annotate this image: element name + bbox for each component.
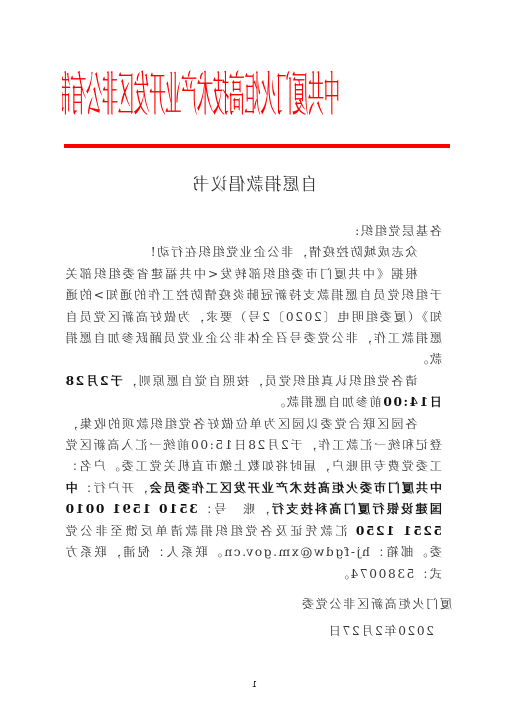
account-name: 中共厦门市委火炬高技术产业开发区工作委员会 xyxy=(148,481,442,495)
header-red-rule xyxy=(64,144,450,148)
remittance-text-1: 各园区联合党委以园区为单位做好各党组织款项的收集，登记和统一汇款工作，于2月28… xyxy=(64,417,442,474)
document-page: 中共厦门火炬高技术产业开发区非公有制企业委员会文件 自愿捐款倡议书 各基层党组织… xyxy=(0,0,509,728)
signature-date: 2020年2月27日 xyxy=(152,618,452,645)
signature-block: 厦门火炬高新区非公党委 2020年2月27日 xyxy=(152,591,452,645)
paragraph-slogan: 众志成城防控疫情，非公企业党组织在行动! xyxy=(64,242,442,263)
paragraph-remittance: 各园区联合党委以园区为单位做好各党组织款项的收集，登记和统一汇款工作，于2月28… xyxy=(64,414,442,585)
salutation: 各基层党组织: xyxy=(64,221,442,242)
deadline-text-before: 请各党组织认真组织党员，按照自觉自愿原则， xyxy=(123,374,418,388)
signature-organization: 厦门火炬高新区非公党委 xyxy=(152,591,452,618)
document-body: 各基层党组织: 众志成城防控疫情，非公企业党组织在行动! 根据《中共厦门市委组织… xyxy=(64,221,442,585)
paragraph-deadline: 请各党组织认真组织党员，按照自觉自愿原则，于2月28日14:00前参加自愿捐款。 xyxy=(64,371,442,414)
paragraph-basis: 根据《中共厦门市委组织部转发<中共福建省委组织部关于组织党员自愿捐款支持新冠肺炎… xyxy=(64,264,442,371)
page-number: 1 xyxy=(0,680,509,689)
document-title: 自愿捐款倡议书 xyxy=(0,170,509,195)
document-header-title: 中共厦门火炬高技术产业开发区非公有制企业委员会文件 xyxy=(62,47,442,146)
remittance-text-3: ，账 号： xyxy=(198,502,270,516)
remittance-text-2: ，开户行： xyxy=(78,481,148,495)
deadline-text-after: 前参加自愿捐款。 xyxy=(271,395,381,409)
header-title-text: 中共厦门火炬高技术产业开发区非公有制企业委员会文件 xyxy=(62,47,340,146)
